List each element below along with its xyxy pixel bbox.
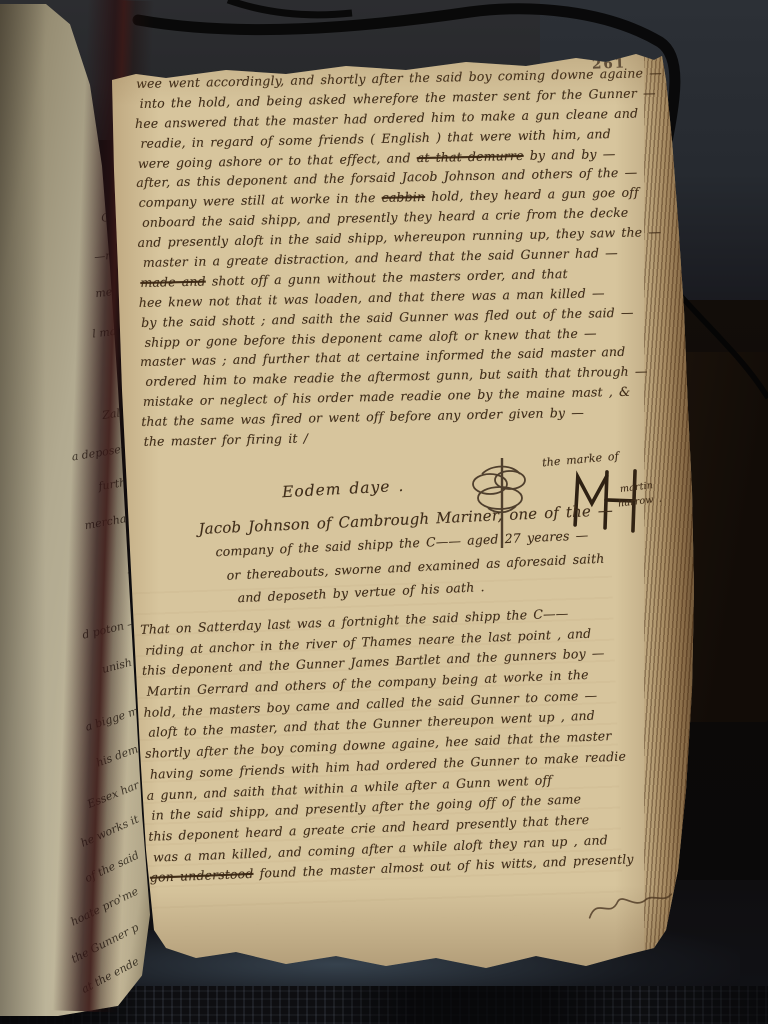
- manuscript-page: 261 wee went accordingly, and shortly af…: [106, 50, 698, 978]
- struck-words: gon understood: [150, 866, 254, 885]
- deposition-paragraph-1: wee went accordingly, and shortly after …: [136, 63, 670, 452]
- deposition-paragraph-2: That on Satterday last was a fortnight t…: [140, 601, 634, 888]
- line-segment: were going ashore or to that effect, and: [138, 150, 417, 171]
- struck-words: made and: [140, 273, 206, 289]
- struck-words: at that demurre: [417, 147, 524, 164]
- manuscript-photograph: me — er than Denne — Gunne —rothie ment …: [0, 0, 768, 1024]
- line-segment: by and by —: [523, 146, 615, 163]
- deposition-header: Jacob Johnson of Cambrough Mariner, one …: [198, 499, 617, 611]
- line-segment: company were still at worke in the: [139, 190, 382, 210]
- section-heading: Eodem daye .: [282, 477, 405, 501]
- struck-words: cabbin: [382, 189, 426, 205]
- line-segment: hold, they heard a gun goe off: [425, 185, 639, 204]
